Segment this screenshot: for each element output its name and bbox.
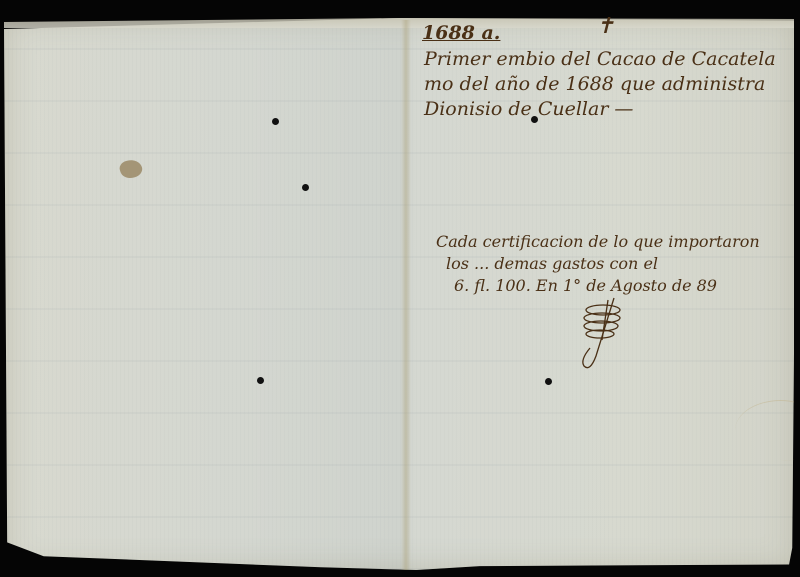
- scan-border: [794, 0, 800, 577]
- title-line-3: Dionisio de Cuellar —: [424, 98, 633, 120]
- binding-hole: [302, 184, 309, 191]
- certification-line-3: 6. fl. 100. En 1° de Agosto de 89: [454, 276, 717, 295]
- year-heading: 1688 a.: [422, 22, 500, 44]
- title-line-2: mo del año de 1688 que administra: [424, 73, 765, 95]
- rubric-signature-icon: [578, 296, 628, 374]
- certification-line-1: Cada certificacion de lo que importaron: [436, 232, 760, 251]
- cross-mark: ✝: [596, 14, 614, 39]
- center-fold: [401, 20, 411, 570]
- title-line-1: Primer embio del Cacao de Cacatela: [424, 48, 776, 70]
- binding-hole: [257, 377, 264, 384]
- binding-hole: [545, 378, 552, 385]
- certification-line-2: los ... demas gastos con el: [446, 254, 658, 273]
- binding-hole: [272, 118, 279, 125]
